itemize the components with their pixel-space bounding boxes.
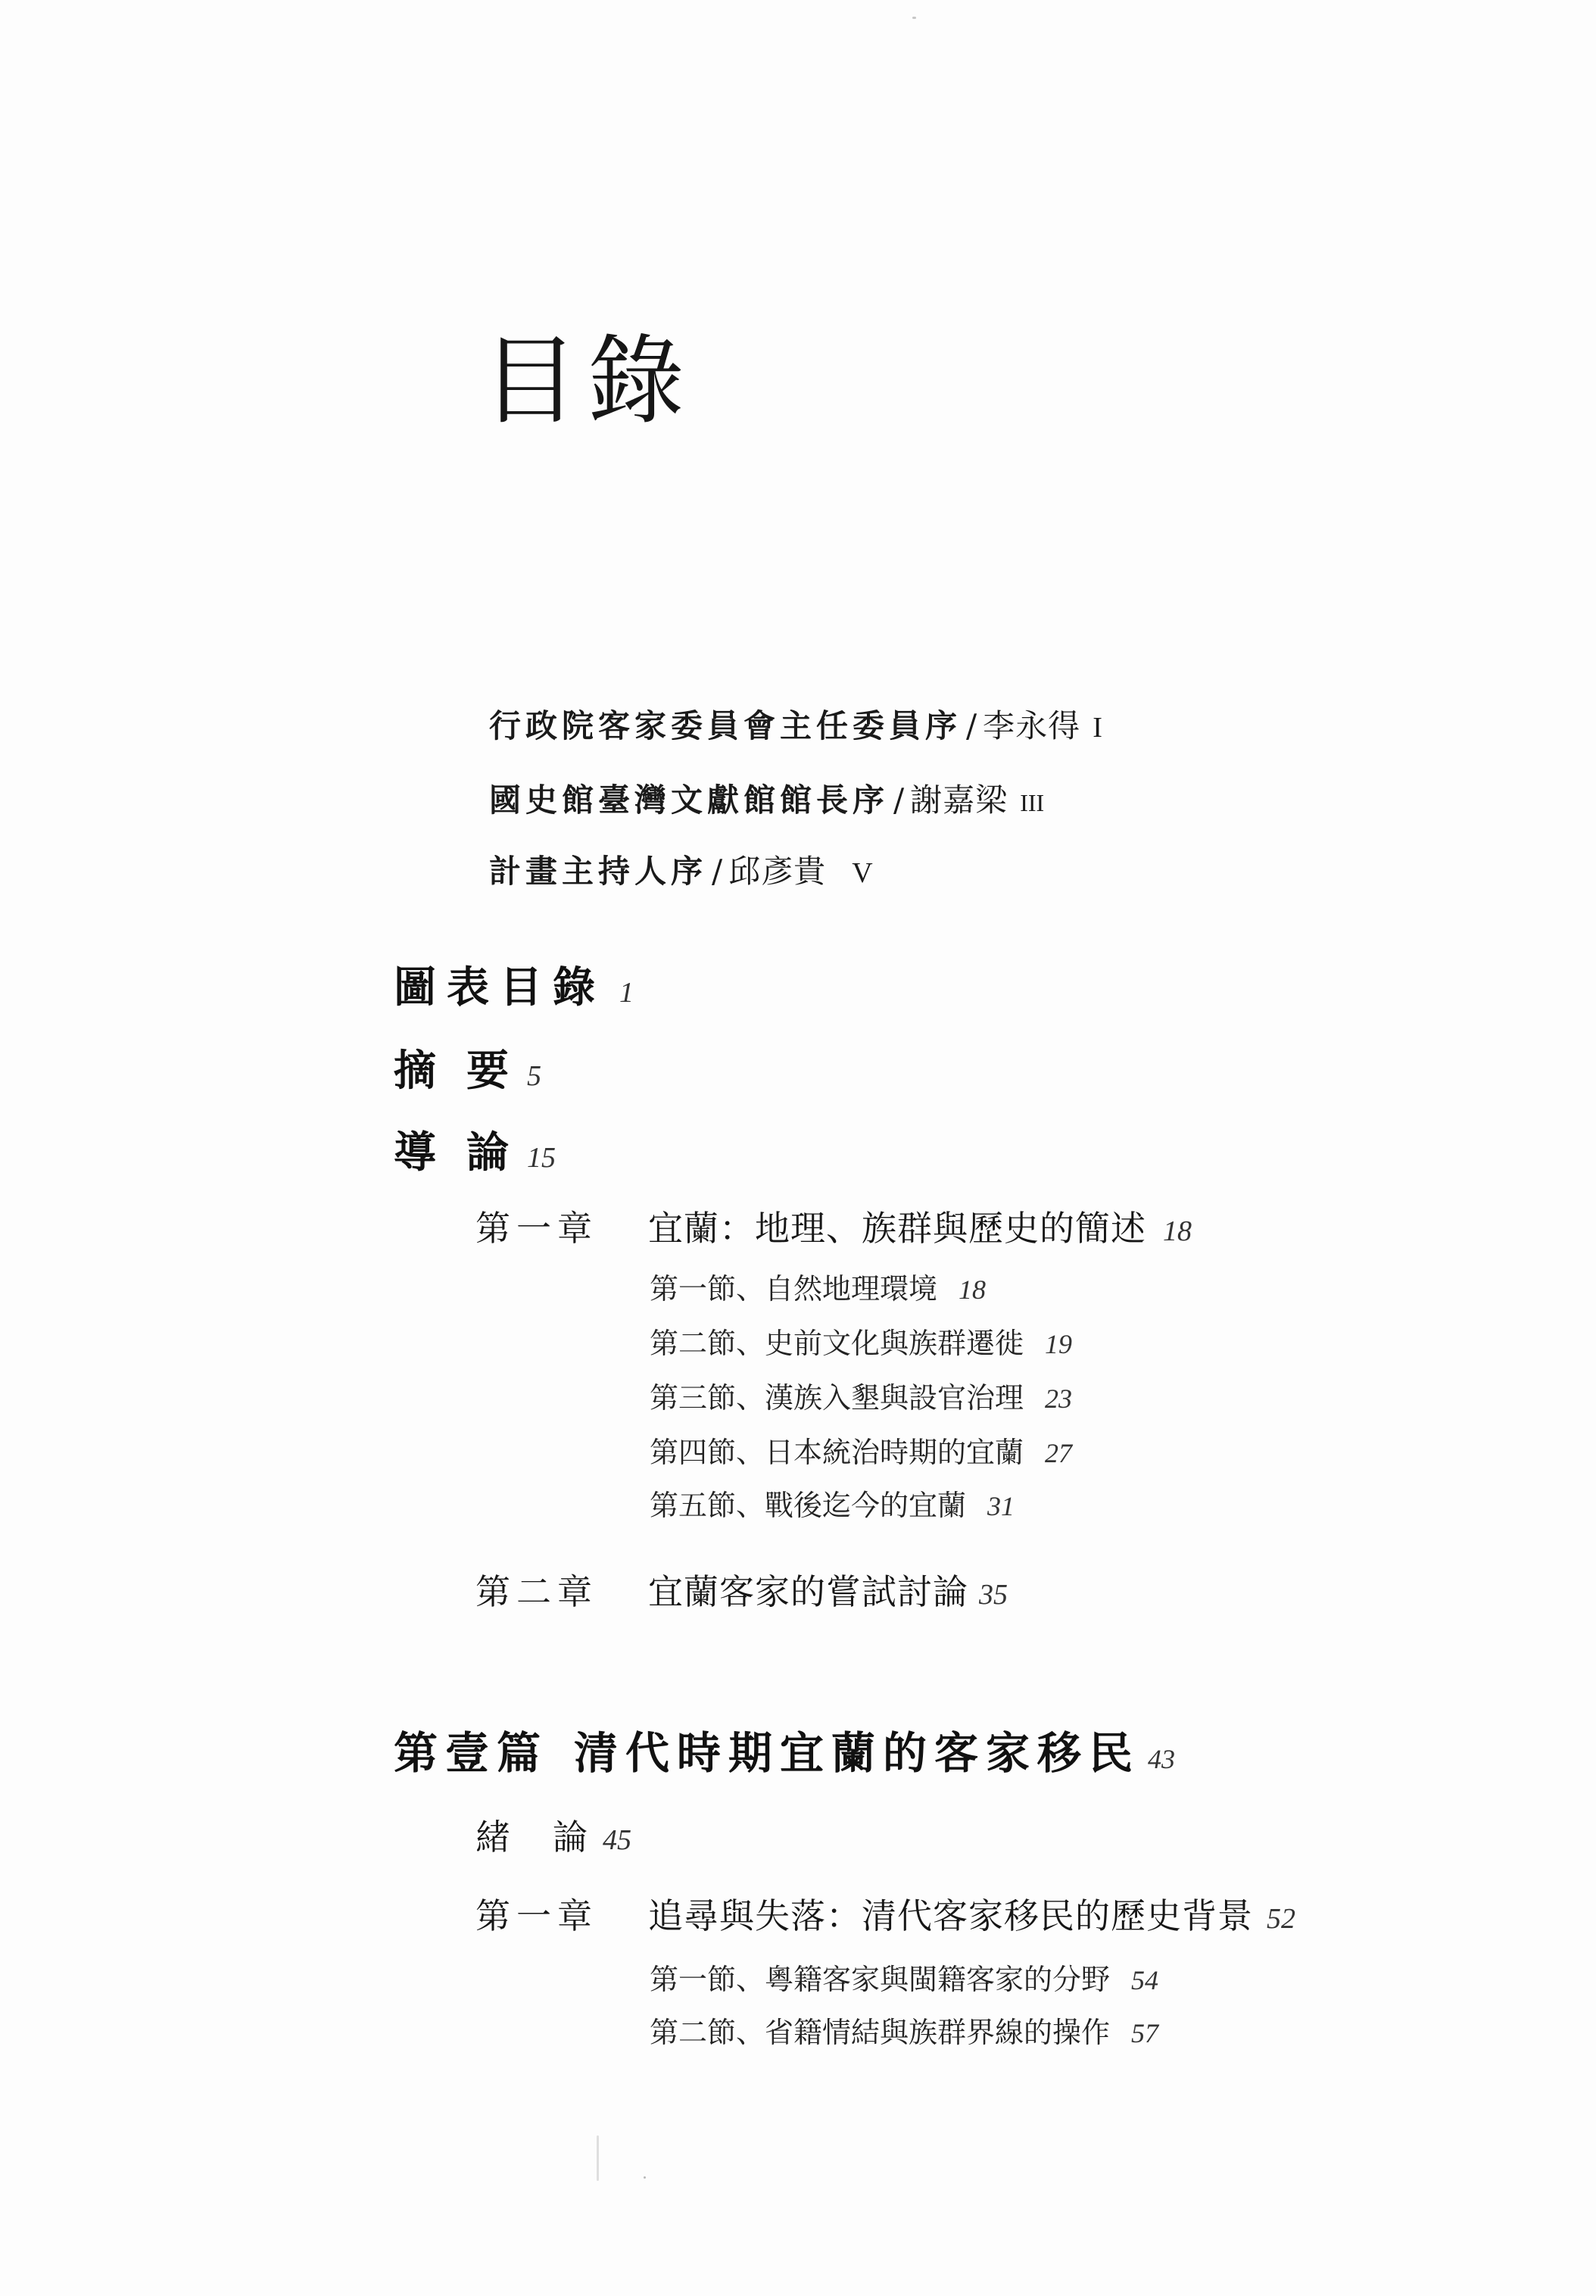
page-number: 45	[603, 1824, 631, 1856]
separator: /	[966, 707, 977, 744]
toc-section[interactable]: 第四節、日本統治時期的宜蘭27	[650, 1439, 1072, 1468]
chapter-label: 第一章	[475, 1899, 648, 1934]
page-number: 5	[527, 1060, 541, 1092]
toc-section[interactable]: 第一節、粵籍客家與閩籍客家的分野54	[650, 1966, 1158, 1995]
preface-heading: 行政院客家委員會主任委員序	[489, 707, 962, 744]
page-number: 35	[979, 1579, 1008, 1611]
preface-entry[interactable]: 國史館臺灣文獻館館長序/謝嘉梁III	[489, 785, 1044, 816]
chapter-label: 第一章	[475, 1212, 648, 1246]
toc-section[interactable]: 第三節、漢族入墾與設官治理23	[650, 1384, 1072, 1413]
toc-entry-figures[interactable]: 圖表目錄1	[394, 966, 634, 1009]
page-number: III	[1020, 789, 1044, 816]
toc-chapter[interactable]: 第一章宜蘭：地理、族群與歷史的簡述18	[475, 1212, 1192, 1246]
page-number: 19	[1045, 1329, 1072, 1359]
separator: /	[712, 853, 722, 890]
page-number: 43	[1148, 1744, 1175, 1774]
page-number: 54	[1131, 1965, 1158, 1995]
page-number: I	[1093, 712, 1102, 744]
preface-author: 謝嘉梁	[910, 781, 1008, 819]
scan-artifact	[912, 17, 916, 19]
toc-section[interactable]: 第五節、戰後迄今的宜蘭31	[650, 1492, 1015, 1521]
toc-section[interactable]: 第二節、史前文化與族群遷徙19	[650, 1330, 1072, 1359]
toc-entry-introduction[interactable]: 導論15	[394, 1131, 556, 1174]
preface-heading: 國史館臺灣文獻館館長序	[489, 781, 889, 819]
section-title: 第一節、自然地理環境	[650, 1274, 937, 1306]
preface-author: 邱彥貴	[728, 853, 826, 890]
toc-chapter[interactable]: 第二章宜蘭客家的嘗試討論35	[475, 1575, 1008, 1610]
preface-entry[interactable]: 計畫主持人序/邱彥貴V	[489, 856, 873, 888]
separator: /	[893, 781, 904, 819]
toc-chapter[interactable]: 第一章追尋與失落：清代客家移民的歷史背景52	[475, 1899, 1295, 1934]
preface-heading: 計畫主持人序	[489, 853, 707, 890]
section-title: 第四節、日本統治時期的宜蘭	[650, 1437, 1024, 1469]
chapter-title: 追尋與失落：清代客家移民的歷史背景	[648, 1897, 1253, 1936]
page-number: 1	[619, 977, 634, 1009]
page-number: 27	[1045, 1438, 1072, 1468]
page-number: 18	[959, 1274, 986, 1305]
chapter-label: 第二章	[475, 1575, 648, 1610]
toc-page: 目錄 行政院客家委員會主任委員序/李永得I 國史館臺灣文獻館館長序/謝嘉梁III…	[0, 0, 1596, 2296]
preface-author: 李永得	[983, 707, 1080, 744]
page-number: 31	[987, 1491, 1015, 1521]
page-number: 18	[1163, 1215, 1192, 1247]
scan-artifact	[644, 2176, 646, 2179]
toc-section[interactable]: 第一節、自然地理環境18	[650, 1275, 986, 1304]
page-number: V	[852, 857, 872, 889]
toc-part-introduction[interactable]: 緒論45	[475, 1820, 631, 1855]
chapter-title: 宜蘭：地理、族群與歷史的簡述	[648, 1209, 1146, 1248]
page-number: 57	[1131, 2018, 1158, 2048]
part-title: 清代時期宜蘭的客家移民	[574, 1727, 1140, 1779]
section-title: 第二節、史前文化與族群遷徙	[650, 1328, 1024, 1360]
entry-label: 摘要	[394, 1046, 539, 1096]
section-title: 第一節、粵籍客家與閩籍客家的分野	[650, 1964, 1110, 1996]
section-title: 第二節、省籍情結與族群界線的操作	[650, 2017, 1110, 2049]
page-title: 目錄	[482, 333, 694, 430]
toc-entry-abstract[interactable]: 摘要5	[394, 1050, 541, 1092]
section-title: 第三節、漢族入墾與設官治理	[650, 1383, 1024, 1415]
entry-label: 圖表目錄	[394, 962, 606, 1012]
section-title: 第五節、戰後迄今的宜蘭	[650, 1490, 966, 1522]
entry-label: 導論	[394, 1128, 539, 1178]
page-number: 23	[1045, 1384, 1072, 1414]
scan-artifact	[597, 2135, 599, 2181]
preface-entry[interactable]: 行政院客家委員會主任委員序/李永得I	[489, 710, 1102, 742]
toc-section[interactable]: 第二節、省籍情結與族群界線的操作57	[650, 2019, 1158, 2048]
page-number: 15	[527, 1142, 556, 1174]
page-number: 52	[1267, 1903, 1295, 1935]
toc-part[interactable]: 第壹篇清代時期宜蘭的客家移民43	[394, 1731, 1175, 1775]
part-label: 第壹篇	[394, 1727, 548, 1779]
chapter-title: 宜蘭客家的嘗試討論	[648, 1573, 968, 1611]
